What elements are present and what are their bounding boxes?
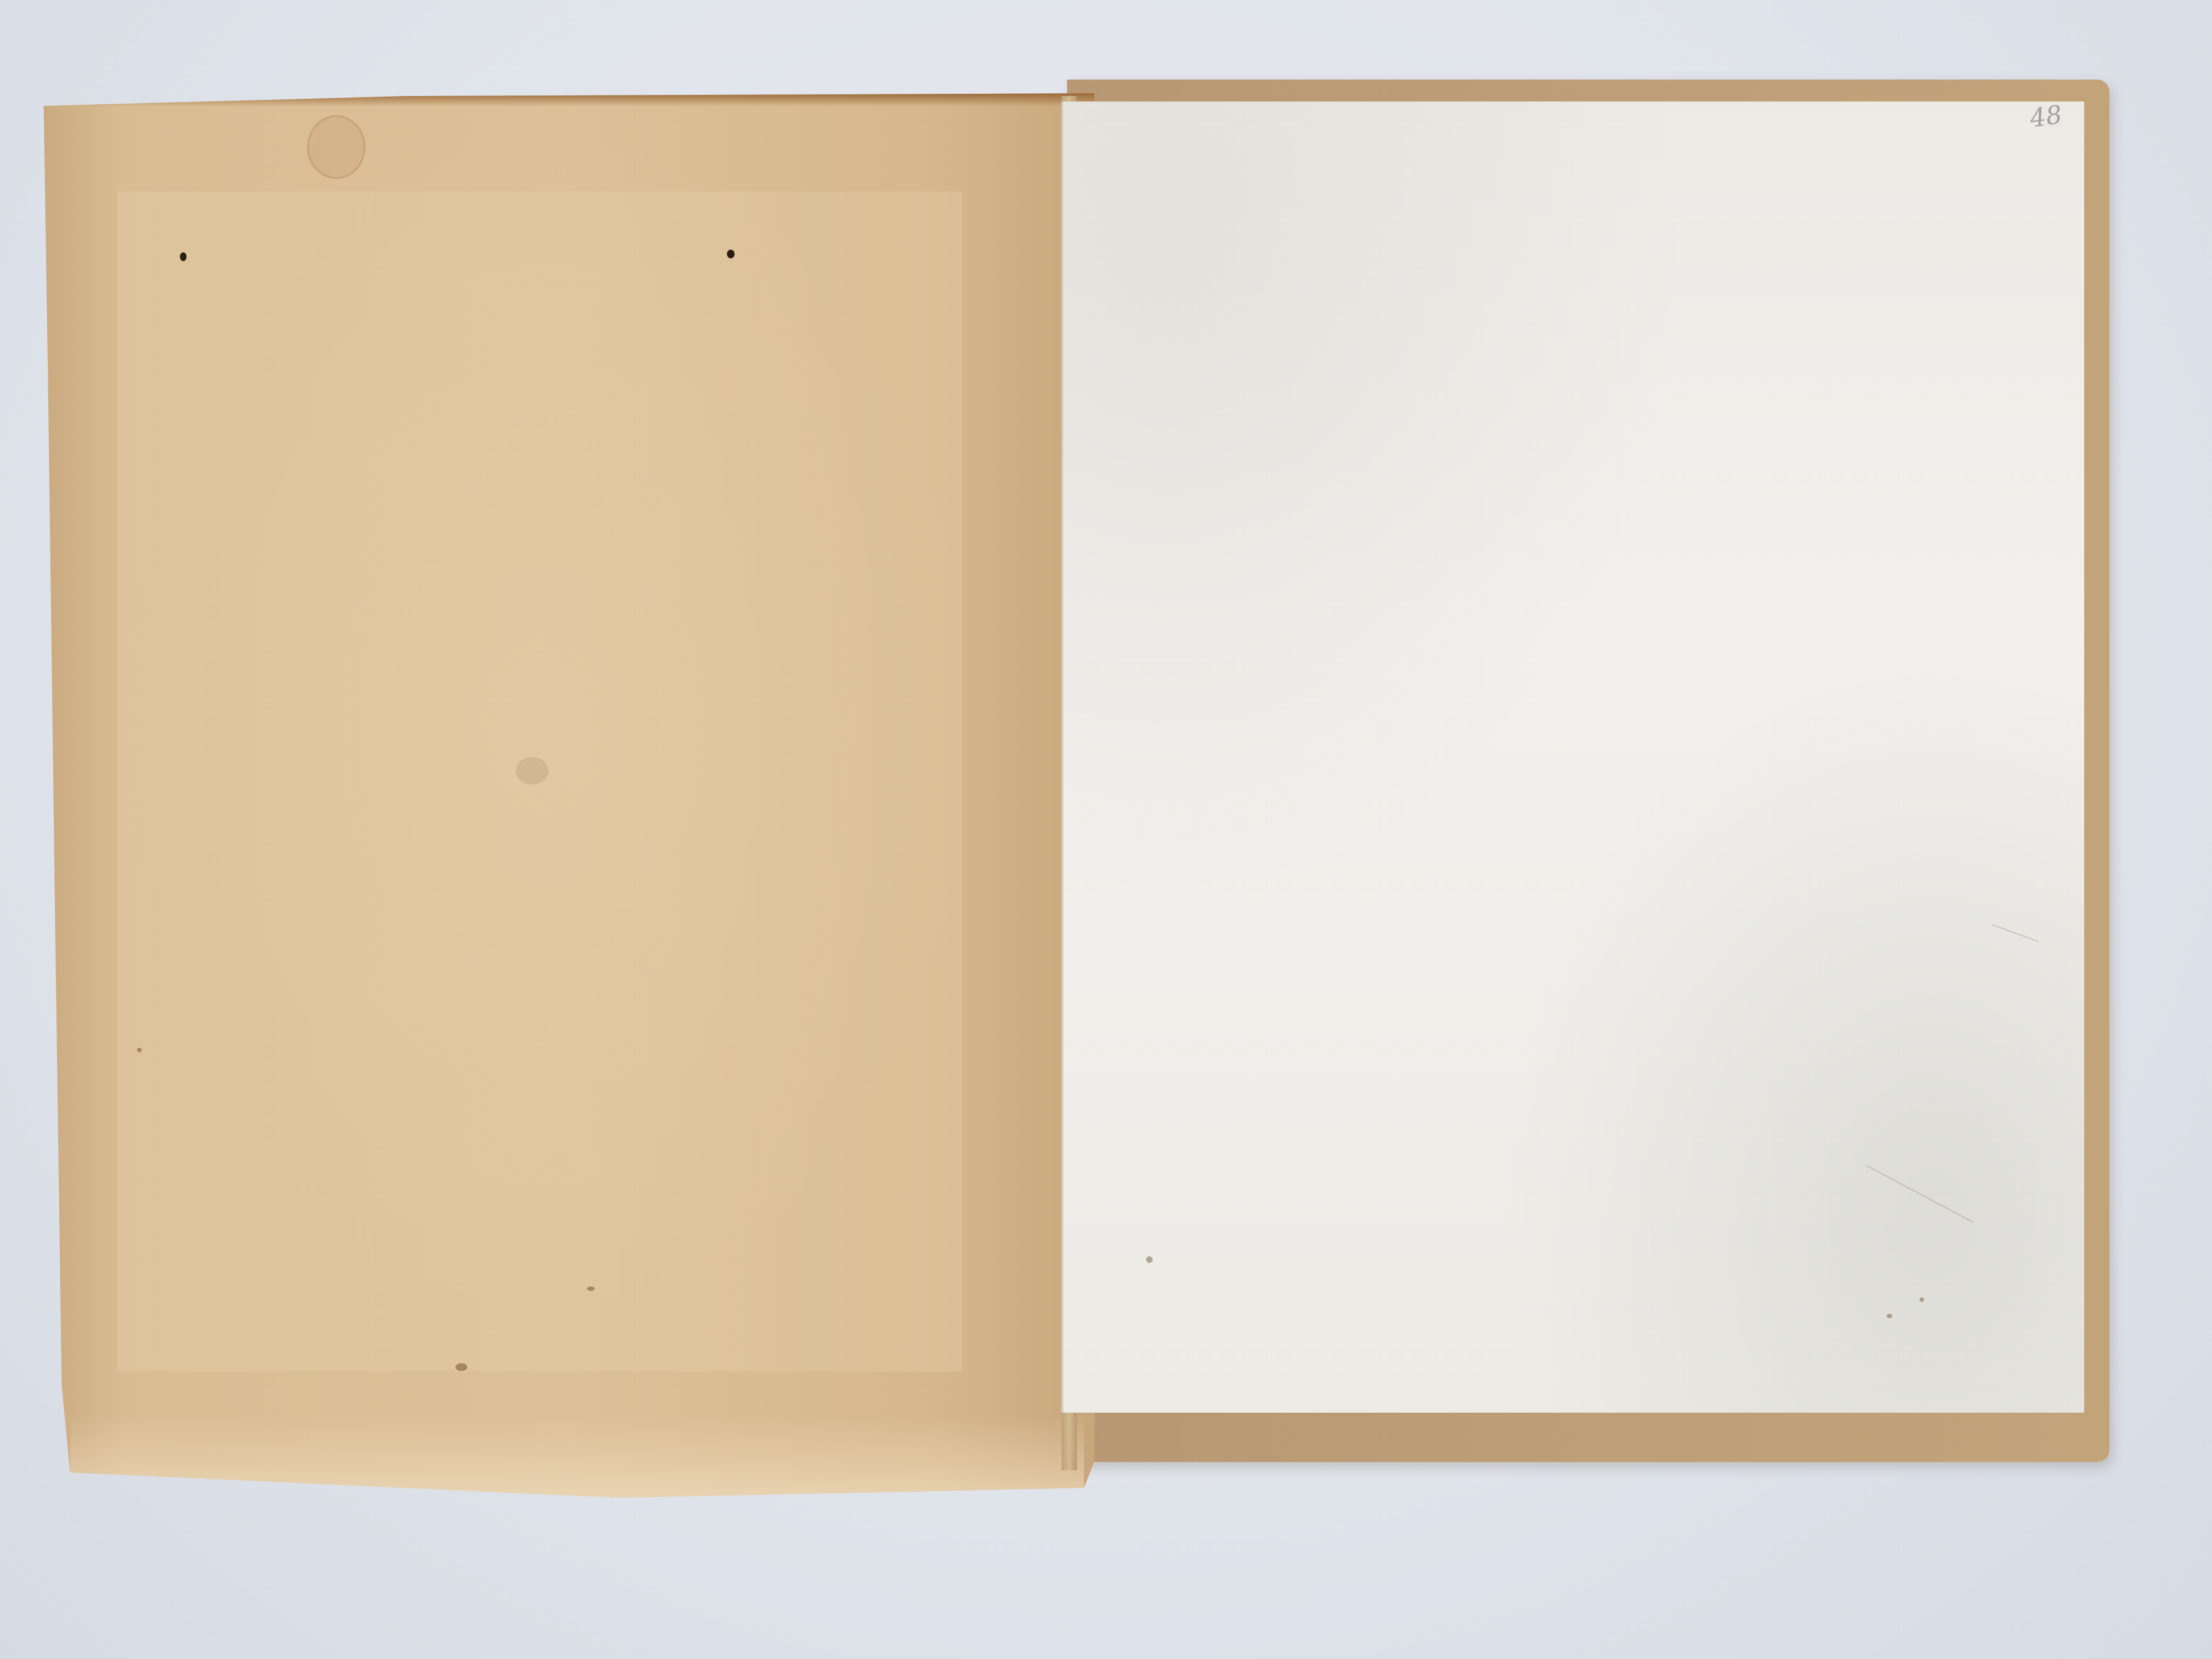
punch-hole (180, 252, 187, 261)
paper-crease (1866, 1165, 1973, 1222)
foxing-spot (1920, 1297, 1924, 1302)
foxing-spot (1146, 1256, 1153, 1263)
foxing-spot (587, 1286, 595, 1291)
circular-stain (307, 115, 365, 179)
browned-top-edge (38, 93, 1094, 106)
paper-crease (1992, 924, 2039, 943)
left-page-inside-cover (38, 93, 1094, 1498)
foxing-spot (516, 757, 549, 785)
photo-scene: 48 (0, 0, 2212, 1659)
worn-bottom-band (70, 1415, 1084, 1498)
pencil-page-number: 48 (2028, 99, 2064, 133)
foxing-spot (455, 1363, 467, 1371)
foxing-spot (1887, 1314, 1892, 1318)
right-page-blank: 48 (1062, 101, 2084, 1413)
punch-hole (727, 250, 735, 258)
foxing-spot (137, 1048, 142, 1052)
